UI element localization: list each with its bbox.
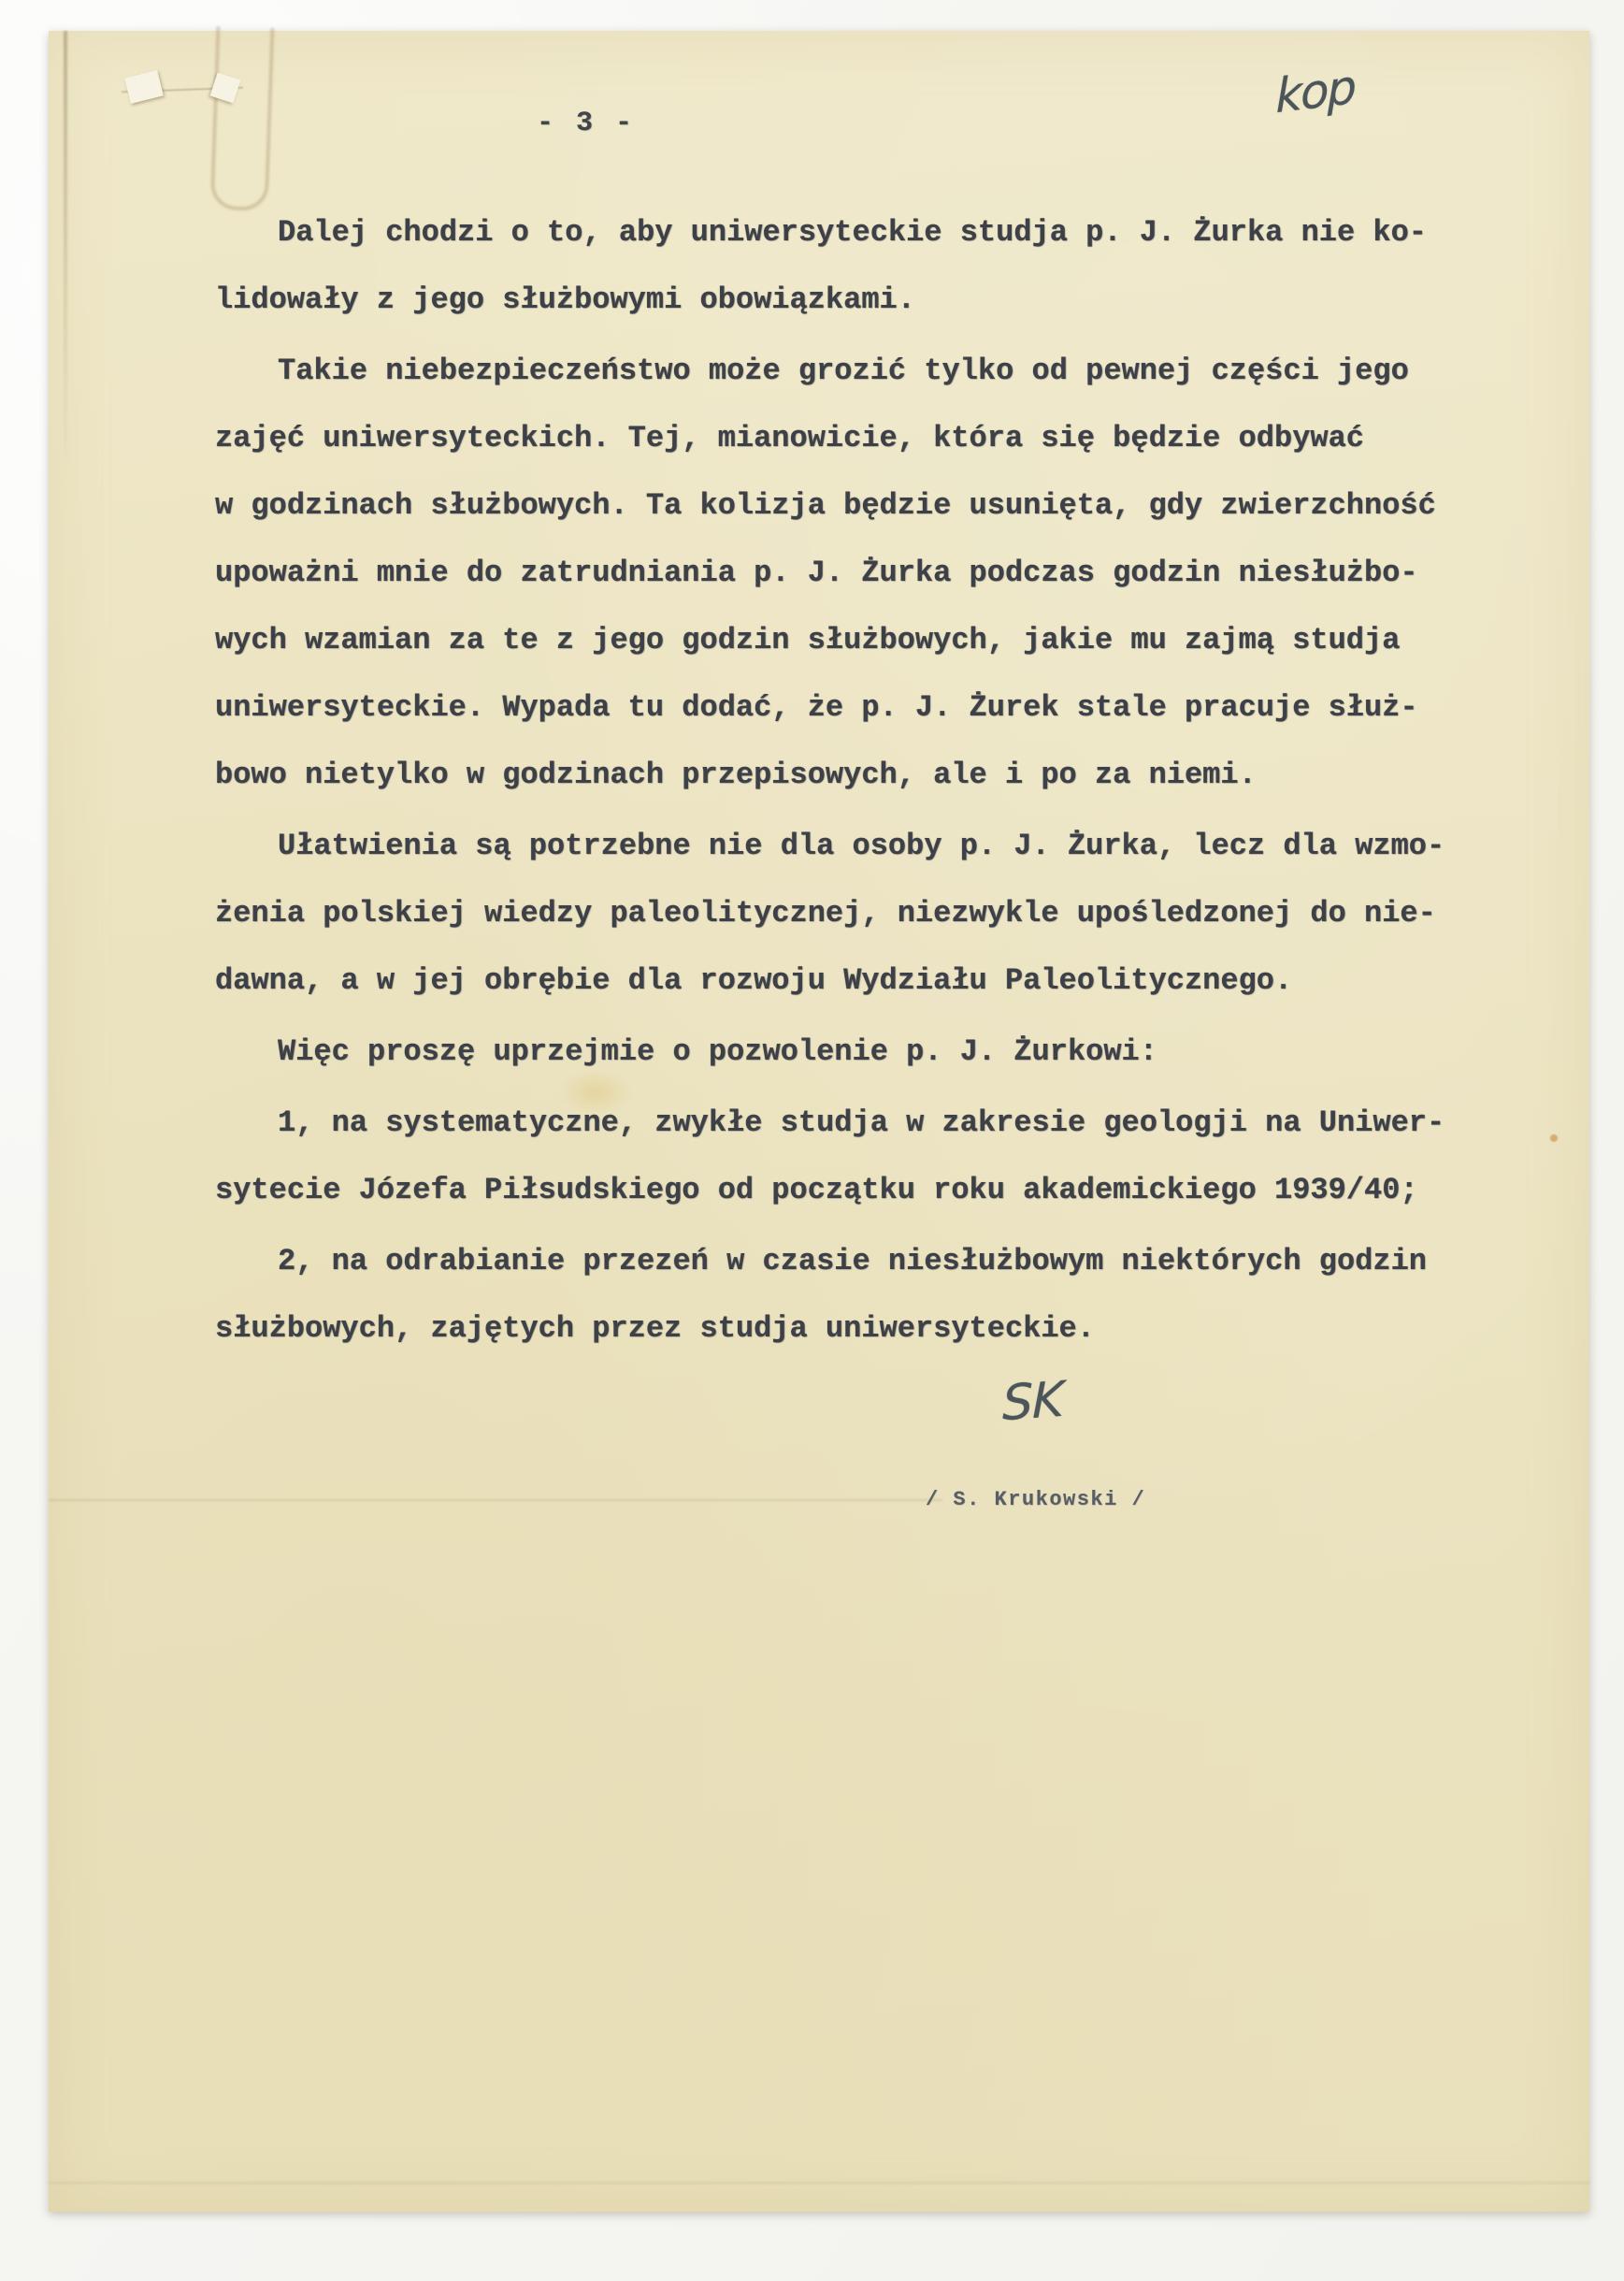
typed-line: Więc proszę uprzejmie o pozwolenie p. J.… — [215, 1018, 1459, 1086]
paragraph: Dalej chodzi o to, aby uniwersyteckie st… — [215, 199, 1459, 334]
paragraph: Takie niebezpieczeństwo może grozić tylk… — [215, 338, 1459, 809]
typed-line: wych wzamian za te z jego godzin służbow… — [215, 607, 1459, 674]
typed-line: zajęć uniwersyteckich. Tej, mianowicie, … — [215, 405, 1459, 472]
typed-line: uniwersyteckie. Wypada tu dodać, że p. J… — [215, 674, 1459, 742]
typed-line: w godzinach służbowych. Ta kolizja będzi… — [215, 472, 1459, 540]
typed-line: sytecie Józefa Piłsudskiego od początku … — [215, 1157, 1459, 1224]
typed-line: Dalej chodzi o to, aby uniwersyteckie st… — [215, 199, 1459, 267]
scanner-background: - 3 - kop Dalej chodzi o to, aby uniwers… — [0, 0, 1624, 2281]
paragraph: 2, na odrabianie przezeń w czasie niesłu… — [215, 1228, 1459, 1363]
typed-signature: / S. Krukowski / — [926, 1488, 1145, 1511]
document-page: - 3 - kop Dalej chodzi o to, aby uniwers… — [49, 31, 1589, 2212]
typed-line: Ułatwienia są potrzebne nie dla osoby p.… — [215, 813, 1459, 880]
typed-line: 2, na odrabianie przezeń w czasie niesłu… — [215, 1228, 1459, 1295]
typed-line: żenia polskiej wiedzy paleolitycznej, ni… — [215, 880, 1459, 947]
bottom-fold-crease — [49, 2182, 1589, 2184]
ink-stain-dot — [1550, 1134, 1558, 1142]
handwritten-initials: SK — [1002, 1372, 1063, 1433]
left-edge-crease — [64, 31, 67, 480]
typed-line: Takie niebezpieczeństwo może grozić tylk… — [215, 338, 1459, 405]
paragraph: 1, na systematyczne, zwykłe studja w zak… — [215, 1090, 1459, 1224]
typed-line: 1, na systematyczne, zwykłe studja w zak… — [215, 1090, 1459, 1157]
typed-line: upoważni mnie do zatrudniania p. J. Żurk… — [215, 540, 1459, 607]
paper-tear-flap — [124, 70, 164, 104]
page-number: - 3 - — [537, 108, 635, 139]
typed-line: dawna, a w jej obrębie dla rozwoju Wydzi… — [215, 947, 1459, 1015]
typed-line: służbowych, zajętych przez studja uniwer… — [215, 1295, 1459, 1363]
horizontal-fold-crease — [49, 1499, 942, 1501]
paperclip-crease-mark — [210, 26, 275, 211]
typed-body: Dalej chodzi o to, aby uniwersyteckie st… — [215, 199, 1459, 1363]
paragraph: Więc proszę uprzejmie o pozwolenie p. J.… — [215, 1018, 1459, 1086]
typed-line: lidowały z jego służbowymi obowiązkami. — [215, 267, 1459, 334]
paragraph: Ułatwienia są potrzebne nie dla osoby p.… — [215, 813, 1459, 1015]
handwritten-annotation-kop: kop — [1275, 60, 1356, 124]
typed-line: bowo nietylko w godzinach przepisowych, … — [215, 742, 1459, 809]
